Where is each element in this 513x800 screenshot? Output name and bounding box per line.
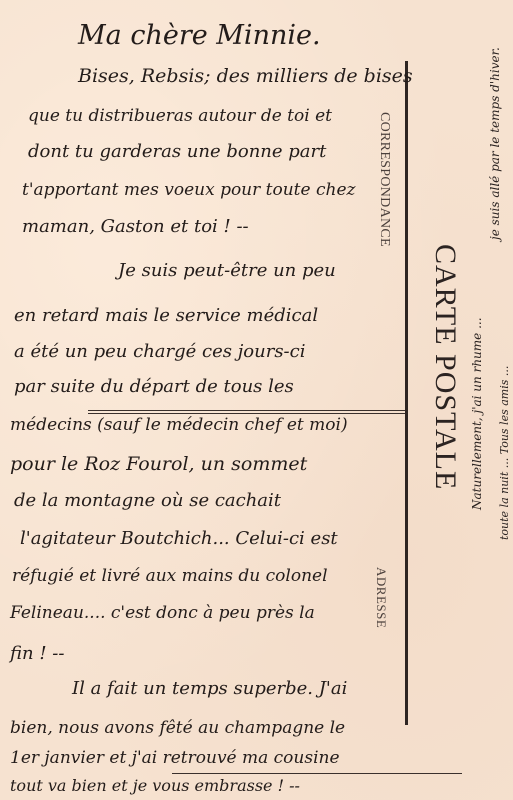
letter-line: par suite du départ de tous les: [14, 378, 294, 396]
letter-line: que tu distribueras autour de toi et: [28, 108, 332, 125]
carte-postale-heading: CARTE POSTALE: [428, 244, 462, 490]
letter-line: pour le Roz Fourol, un sommet: [10, 455, 307, 474]
address-bottom-line: [172, 773, 462, 774]
margin-note-line: Naturellement, j'ai un rhume ...: [470, 317, 484, 510]
letter-line: fin ! --: [10, 645, 64, 663]
adresse-label: ADRESSE: [373, 567, 389, 628]
letter-line: t'apportant mes voeux pour toute chez: [22, 182, 355, 199]
address-double-line: [88, 410, 405, 414]
margin-note-line: je suis allé par le temps d'hiver.: [488, 47, 502, 240]
margin-note-line: toute la nuit ... Tous les amis ...: [498, 366, 511, 540]
letter-line: bien, nous avons fêté au champagne le: [10, 720, 345, 737]
letter-line: 1er janvier et j'ai retrouvé ma cousine: [10, 750, 340, 767]
letter-salutation: Ma chère Minnie.: [78, 22, 321, 49]
letter-line: en retard mais le service médical: [14, 307, 318, 325]
letter-line: médecins (sauf le médecin chef et moi): [10, 417, 348, 434]
letter-line: maman, Gaston et toi ! --: [22, 218, 249, 236]
letter-line: Felineau.... c'est donc à peu près la: [10, 605, 315, 622]
letter-line: de la montagne où se cachait: [14, 492, 281, 510]
vertical-divider-line: [405, 61, 408, 725]
letter-line: réfugié et livré aux mains du colonel: [12, 568, 328, 585]
letter-line: a été un peu chargé ces jours-ci: [14, 343, 305, 361]
correspondance-label: CORRESPONDANCE: [376, 112, 392, 247]
letter-line: Je suis peut-être un peu: [118, 262, 336, 280]
postcard: CARTE POSTALE CORRESPONDANCE ADRESSE Ma …: [0, 0, 513, 800]
letter-line: l'agitateur Boutchich... Celui-ci est: [20, 530, 338, 548]
letter-line: Il a fait un temps superbe. J'ai: [72, 680, 347, 698]
letter-line: Bises, Rebsis; des milliers de bises: [78, 67, 413, 86]
letter-line: dont tu garderas une bonne part: [28, 143, 326, 161]
letter-line: tout va bien et je vous embrasse ! --: [10, 778, 300, 794]
